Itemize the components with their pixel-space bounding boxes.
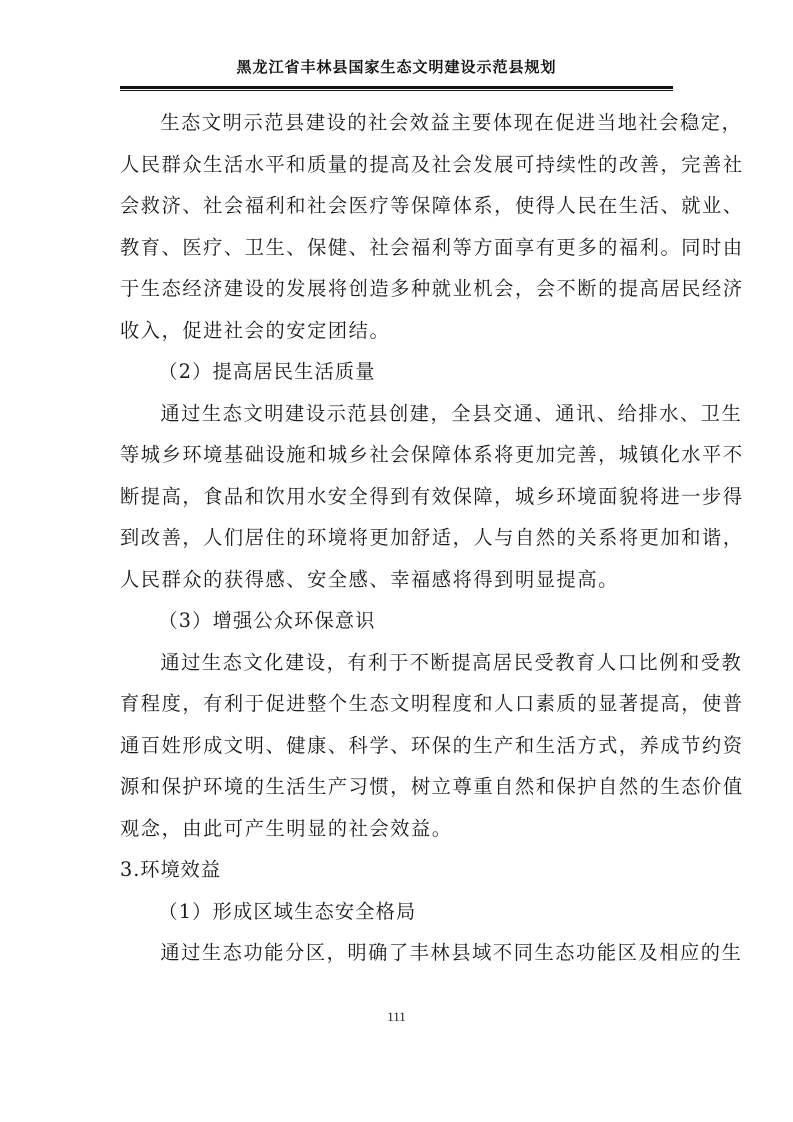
paragraph-environmental-awareness: 通过生态文化建设，有利于不断提高居民受教育人口比例和受教 育程度，有利于促进整个…: [120, 642, 673, 850]
text-line: 到改善，人们居住的环境将更加舒适，人与自然的关系将更加和谐，: [120, 517, 673, 559]
text-line: 于生态经济建设的发展将创造多种就业机会，会不断的提高居民经济: [120, 268, 673, 310]
text-line: 收入，促进社会的安定团结。: [120, 310, 673, 352]
header-rule-thin: [120, 90, 673, 91]
text-line: 等城乡环境基础设施和城乡社会保障体系将更加完善，城镇化水平不: [120, 434, 673, 476]
document-body: 生态文明示范县建设的社会效益主要体现在促进当地社会稳定， 人民群众生活水平和质量…: [120, 102, 673, 974]
text-line: 育程度，有利于促进整个生态文明程度和人口素质的显著提高，使普: [120, 683, 673, 725]
text-line: 通过生态文化建设，有利于不断提高居民受教育人口比例和受教: [120, 642, 673, 684]
text-line: 通过生态功能分区，明确了丰林县域不同生态功能区及相应的生: [120, 932, 673, 974]
text-line: 生态文明示范县建设的社会效益主要体现在促进当地社会稳定，: [120, 102, 673, 144]
text-line: 会救济、社会福利和社会医疗等保障体系，使得人民在生活、就业、: [120, 185, 673, 227]
text-line: 人民群众生活水平和质量的提高及社会发展可持续性的改善，完善社: [120, 144, 673, 186]
subheading-environmental-awareness: （3）增强公众环保意识: [120, 600, 673, 642]
text-line: 通百姓形成文明、健康、科学、环保的生产和生活方式，养成节约资: [120, 725, 673, 767]
text-line: 人民群众的获得感、安全感、幸福感将得到明显提高。: [120, 559, 673, 601]
paragraph-ecological-zoning: 通过生态功能分区，明确了丰林县域不同生态功能区及相应的生: [120, 932, 673, 974]
page-number: 111: [0, 1009, 793, 1025]
paragraph-living-quality: 通过生态文明建设示范县创建，全县交通、通讯、给排水、卫生 等城乡环境基础设施和城…: [120, 393, 673, 601]
subheading-improve-living-quality: （2）提高居民生活质量: [120, 351, 673, 393]
header-double-rule: [120, 86, 673, 93]
text-line: 源和保护环境的生活生产习惯，树立尊重自然和保护自然的生态价值: [120, 766, 673, 808]
paragraph-social-benefits: 生态文明示范县建设的社会效益主要体现在促进当地社会稳定， 人民群众生活水平和质量…: [120, 102, 673, 351]
running-header-title: 黑龙江省丰林县国家生态文明建设示范县规划: [120, 56, 673, 77]
section-heading-environmental-benefits: 3.环境效益: [120, 849, 673, 891]
subheading-ecological-security-pattern: （1）形成区域生态安全格局: [120, 891, 673, 933]
text-line: 教育、医疗、卫生、保健、社会福利等方面享有更多的福利。同时由: [120, 227, 673, 269]
text-line: 观念，由此可产生明显的社会效益。: [120, 808, 673, 850]
text-line: 断提高，食品和饮用水安全得到有效保障，城乡环境面貌将进一步得: [120, 476, 673, 518]
text-line: 通过生态文明建设示范县创建，全县交通、通讯、给排水、卫生: [120, 393, 673, 435]
